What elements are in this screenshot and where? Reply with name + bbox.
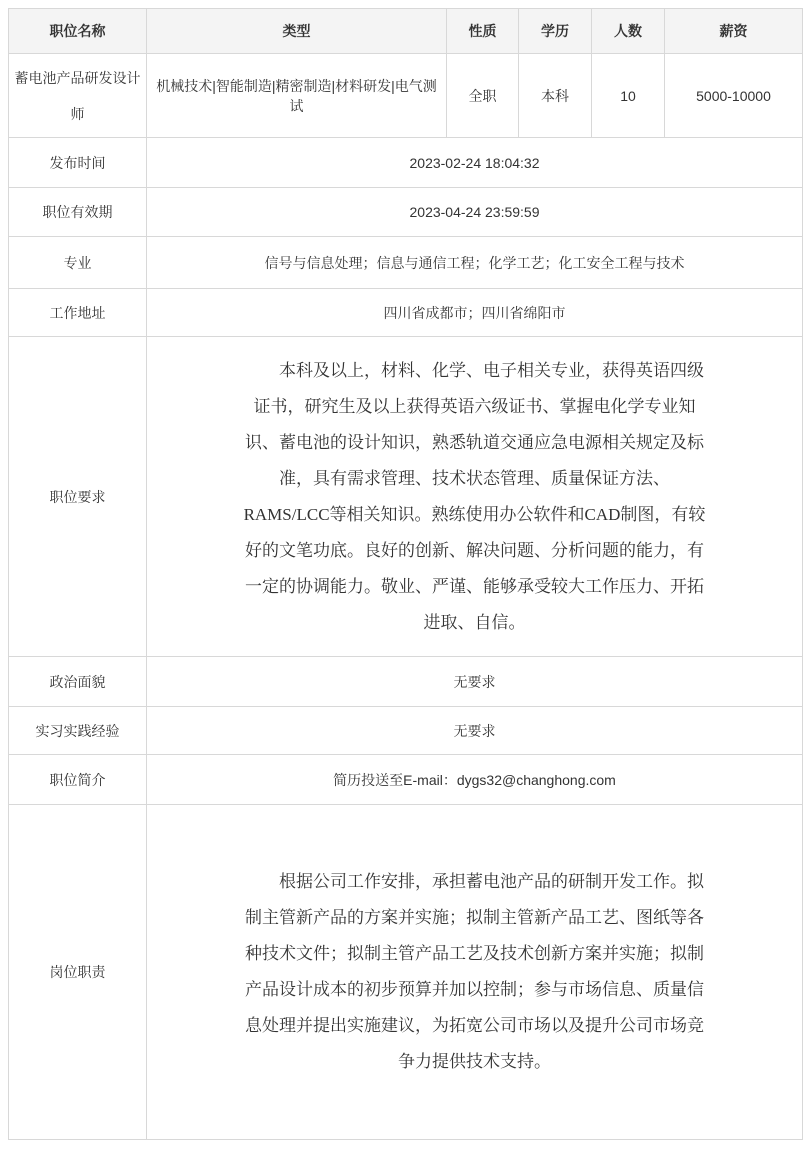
header-salary: 薪资 bbox=[665, 9, 803, 54]
table-row-job-intro: 职位简介 简历投送至E-mail：dygs32@changhong.com bbox=[9, 755, 803, 805]
row-value-email: 简历投送至E-mail：dygs32@changhong.com bbox=[147, 755, 803, 805]
row-label: 政治面貌 bbox=[9, 657, 147, 707]
row-label: 发布时间 bbox=[9, 138, 147, 188]
table-row-political-status: 政治面貌 无要求 bbox=[9, 657, 803, 707]
table-row-valid-until: 职位有效期 2023-04-24 23:59:59 bbox=[9, 188, 803, 237]
job-education-cell: 本科 bbox=[519, 54, 592, 138]
job-name-cell: 蓄电池产品研发设计师 bbox=[9, 54, 147, 138]
table-row-internship-experience: 实习实践经验 无要求 bbox=[9, 707, 803, 755]
header-headcount: 人数 bbox=[592, 9, 665, 54]
row-value: 无要求 bbox=[147, 657, 803, 707]
table-row-work-location: 工作地址 四川省成都市；四川省绵阳市 bbox=[9, 289, 803, 337]
header-job-title: 职位名称 bbox=[9, 9, 147, 54]
job-detail-table: 职位名称 类型 性质 学历 人数 薪资 蓄电池产品研发设计师 机械技术|智能制造… bbox=[8, 8, 803, 1140]
job-headcount-cell: 10 bbox=[592, 54, 665, 138]
row-label: 岗位职责 bbox=[9, 805, 147, 1140]
row-value-requirements-paragraph: 本科及以上，材料、化学、电子相关专业，获得英语四级证书，研究生及以上获得英语六级… bbox=[147, 337, 803, 657]
table-row-publish-time: 发布时间 2023-02-24 18:04:32 bbox=[9, 138, 803, 188]
row-label: 职位有效期 bbox=[9, 188, 147, 237]
header-type: 类型 bbox=[147, 9, 447, 54]
row-value: 2023-02-24 18:04:32 bbox=[147, 138, 803, 188]
job-salary-cell: 5000-10000 bbox=[665, 54, 803, 138]
row-label: 实习实践经验 bbox=[9, 707, 147, 755]
table-row-majors: 专业 信号与信息处理；信息与通信工程；化学工艺；化工安全工程与技术 bbox=[9, 237, 803, 289]
row-value: 信号与信息处理；信息与通信工程；化学工艺；化工安全工程与技术 bbox=[147, 237, 803, 289]
job-nature-cell: 全职 bbox=[447, 54, 519, 138]
table-header-row: 职位名称 类型 性质 学历 人数 薪资 bbox=[9, 9, 803, 54]
job-type-cell: 机械技术|智能制造|精密制造|材料研发|电气测试 bbox=[147, 54, 447, 138]
row-value-responsibilities-paragraph: 根据公司工作安排，承担蓄电池产品的研制开发工作。拟制主管新产品的方案并实施；拟制… bbox=[147, 805, 803, 1140]
row-label: 工作地址 bbox=[9, 289, 147, 337]
job-summary-row: 蓄电池产品研发设计师 机械技术|智能制造|精密制造|材料研发|电气测试 全职 本… bbox=[9, 54, 803, 138]
row-value: 无要求 bbox=[147, 707, 803, 755]
table-row-requirements: 职位要求 本科及以上，材料、化学、电子相关专业，获得英语四级证书，研究生及以上获… bbox=[9, 337, 803, 657]
row-label: 专业 bbox=[9, 237, 147, 289]
table-row-responsibilities: 岗位职责 根据公司工作安排，承担蓄电池产品的研制开发工作。拟制主管新产品的方案并… bbox=[9, 805, 803, 1140]
header-education: 学历 bbox=[519, 9, 592, 54]
row-label: 职位简介 bbox=[9, 755, 147, 805]
row-label: 职位要求 bbox=[9, 337, 147, 657]
header-nature: 性质 bbox=[447, 9, 519, 54]
row-value: 四川省成都市；四川省绵阳市 bbox=[147, 289, 803, 337]
row-value: 2023-04-24 23:59:59 bbox=[147, 188, 803, 237]
